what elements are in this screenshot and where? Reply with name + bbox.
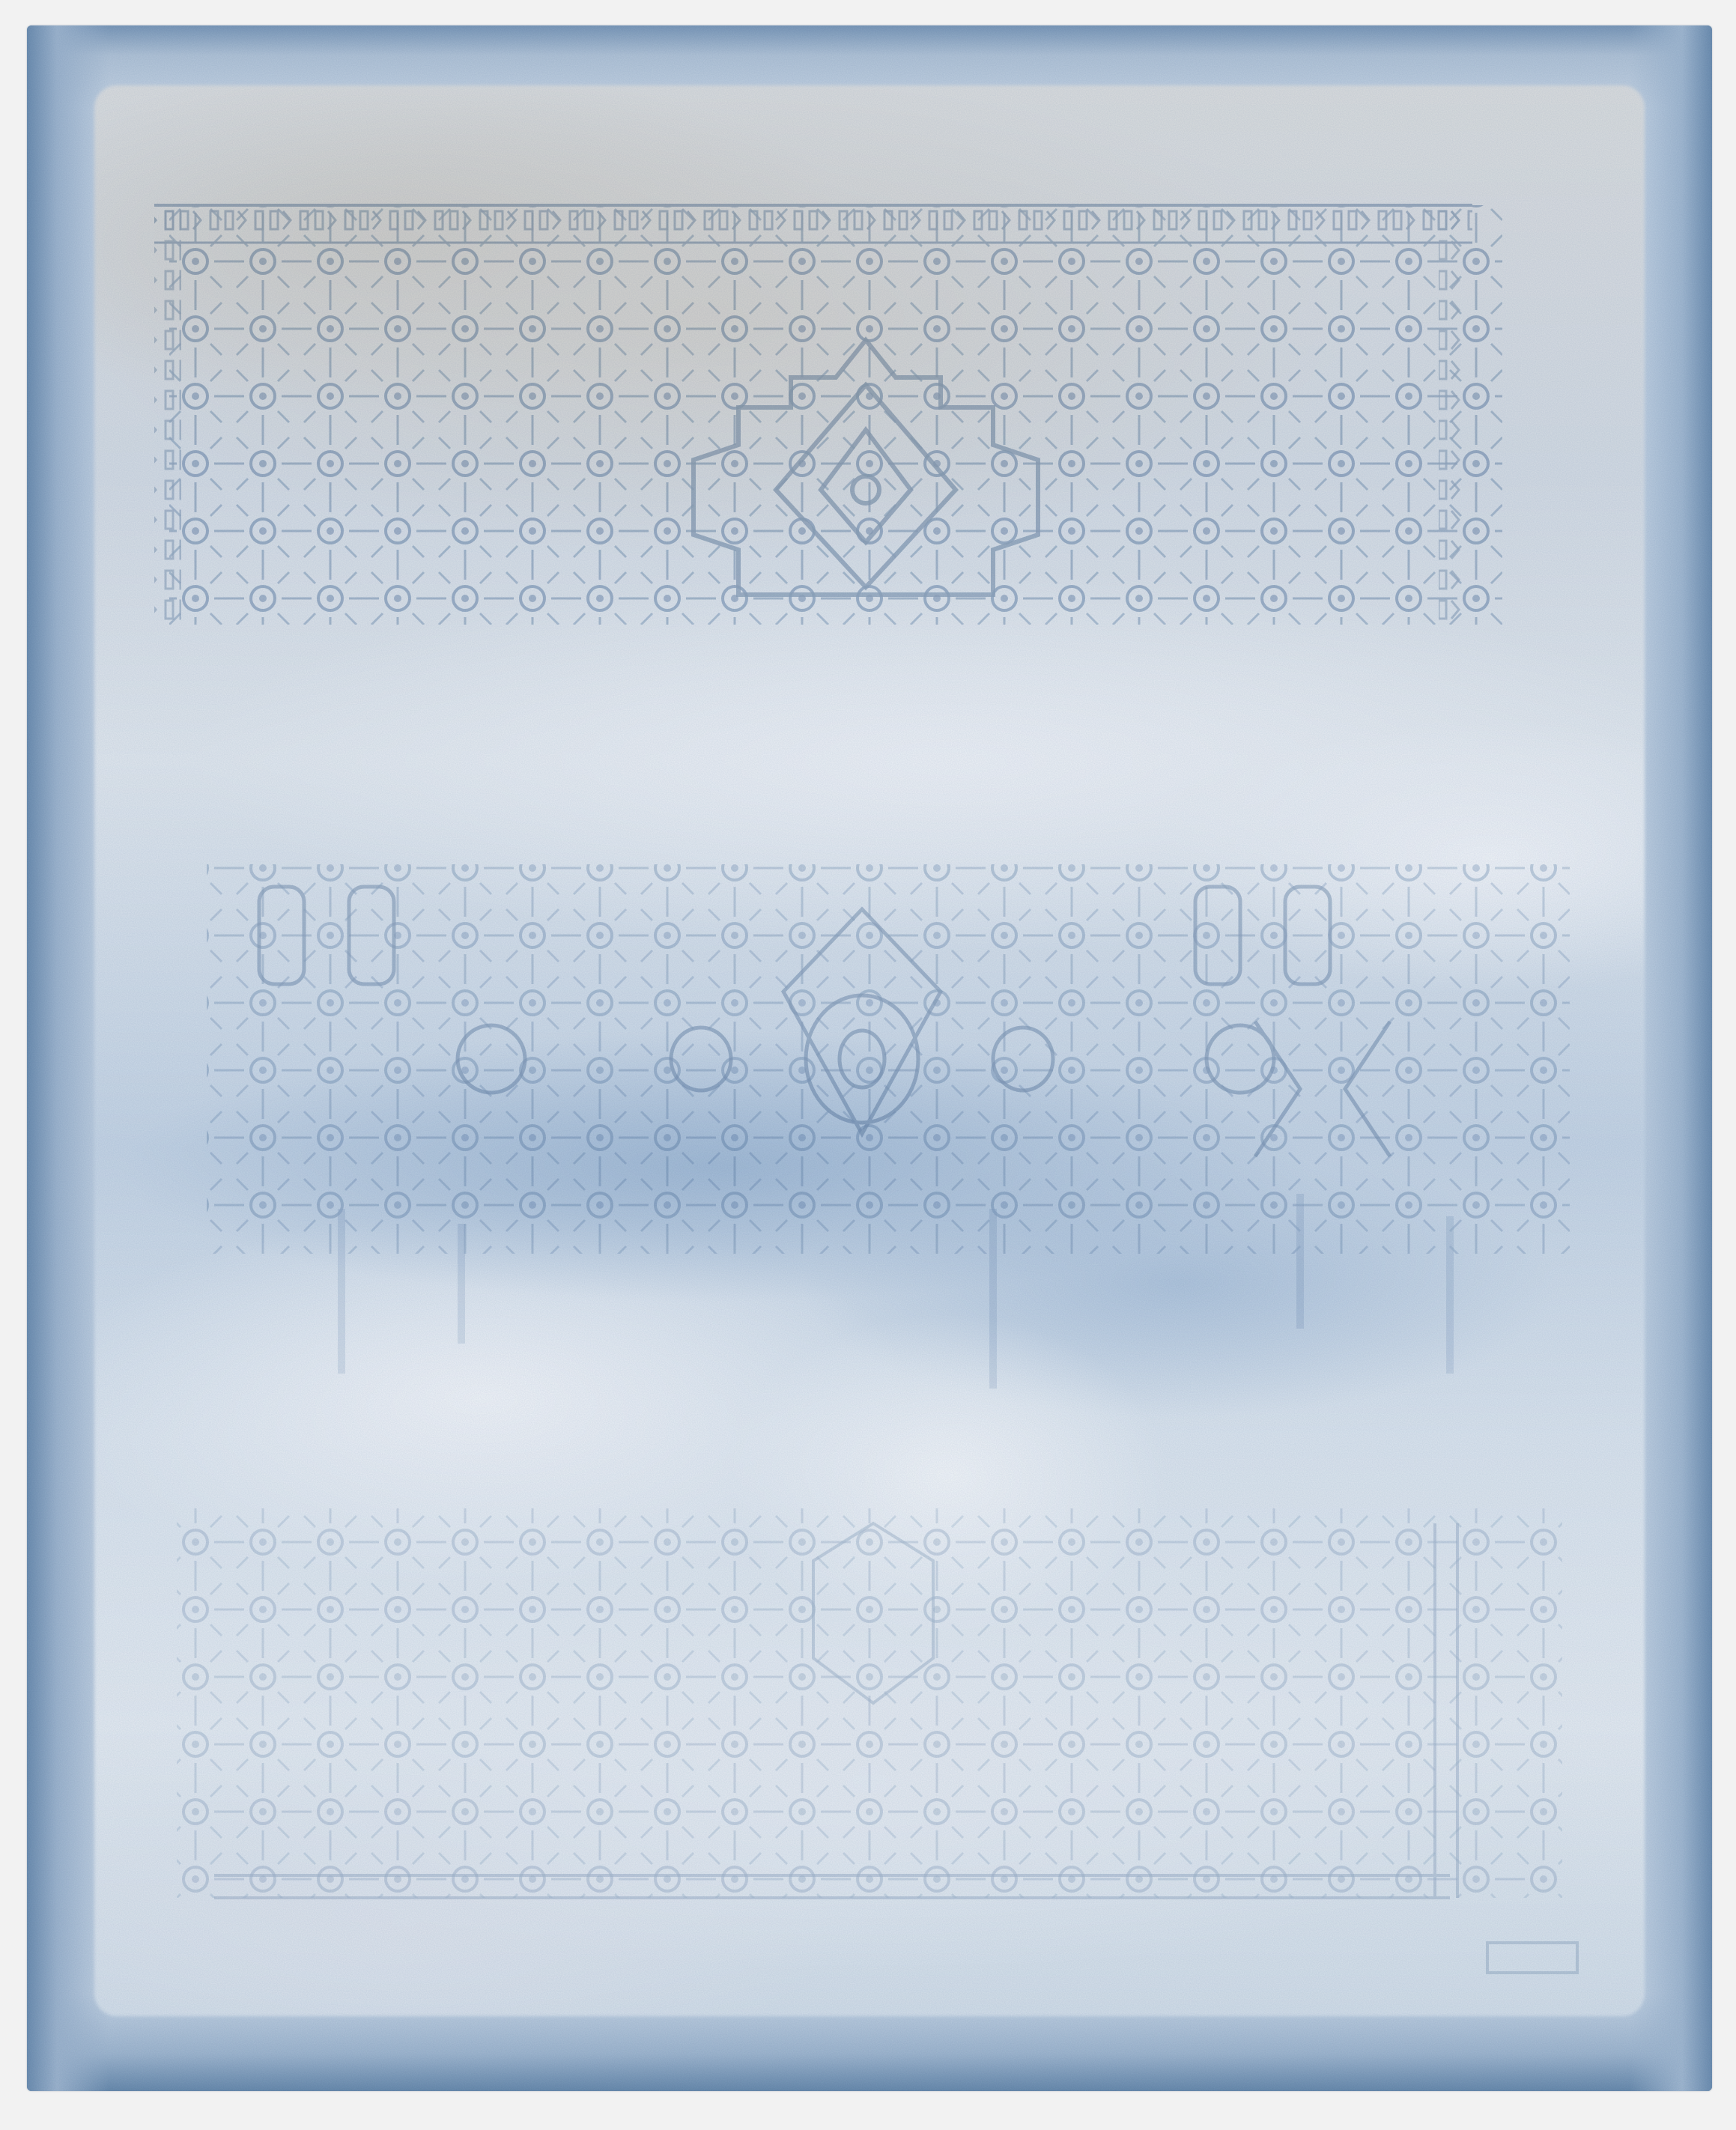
rug-photo [27, 25, 1712, 2091]
rug-texture [27, 25, 1712, 2091]
